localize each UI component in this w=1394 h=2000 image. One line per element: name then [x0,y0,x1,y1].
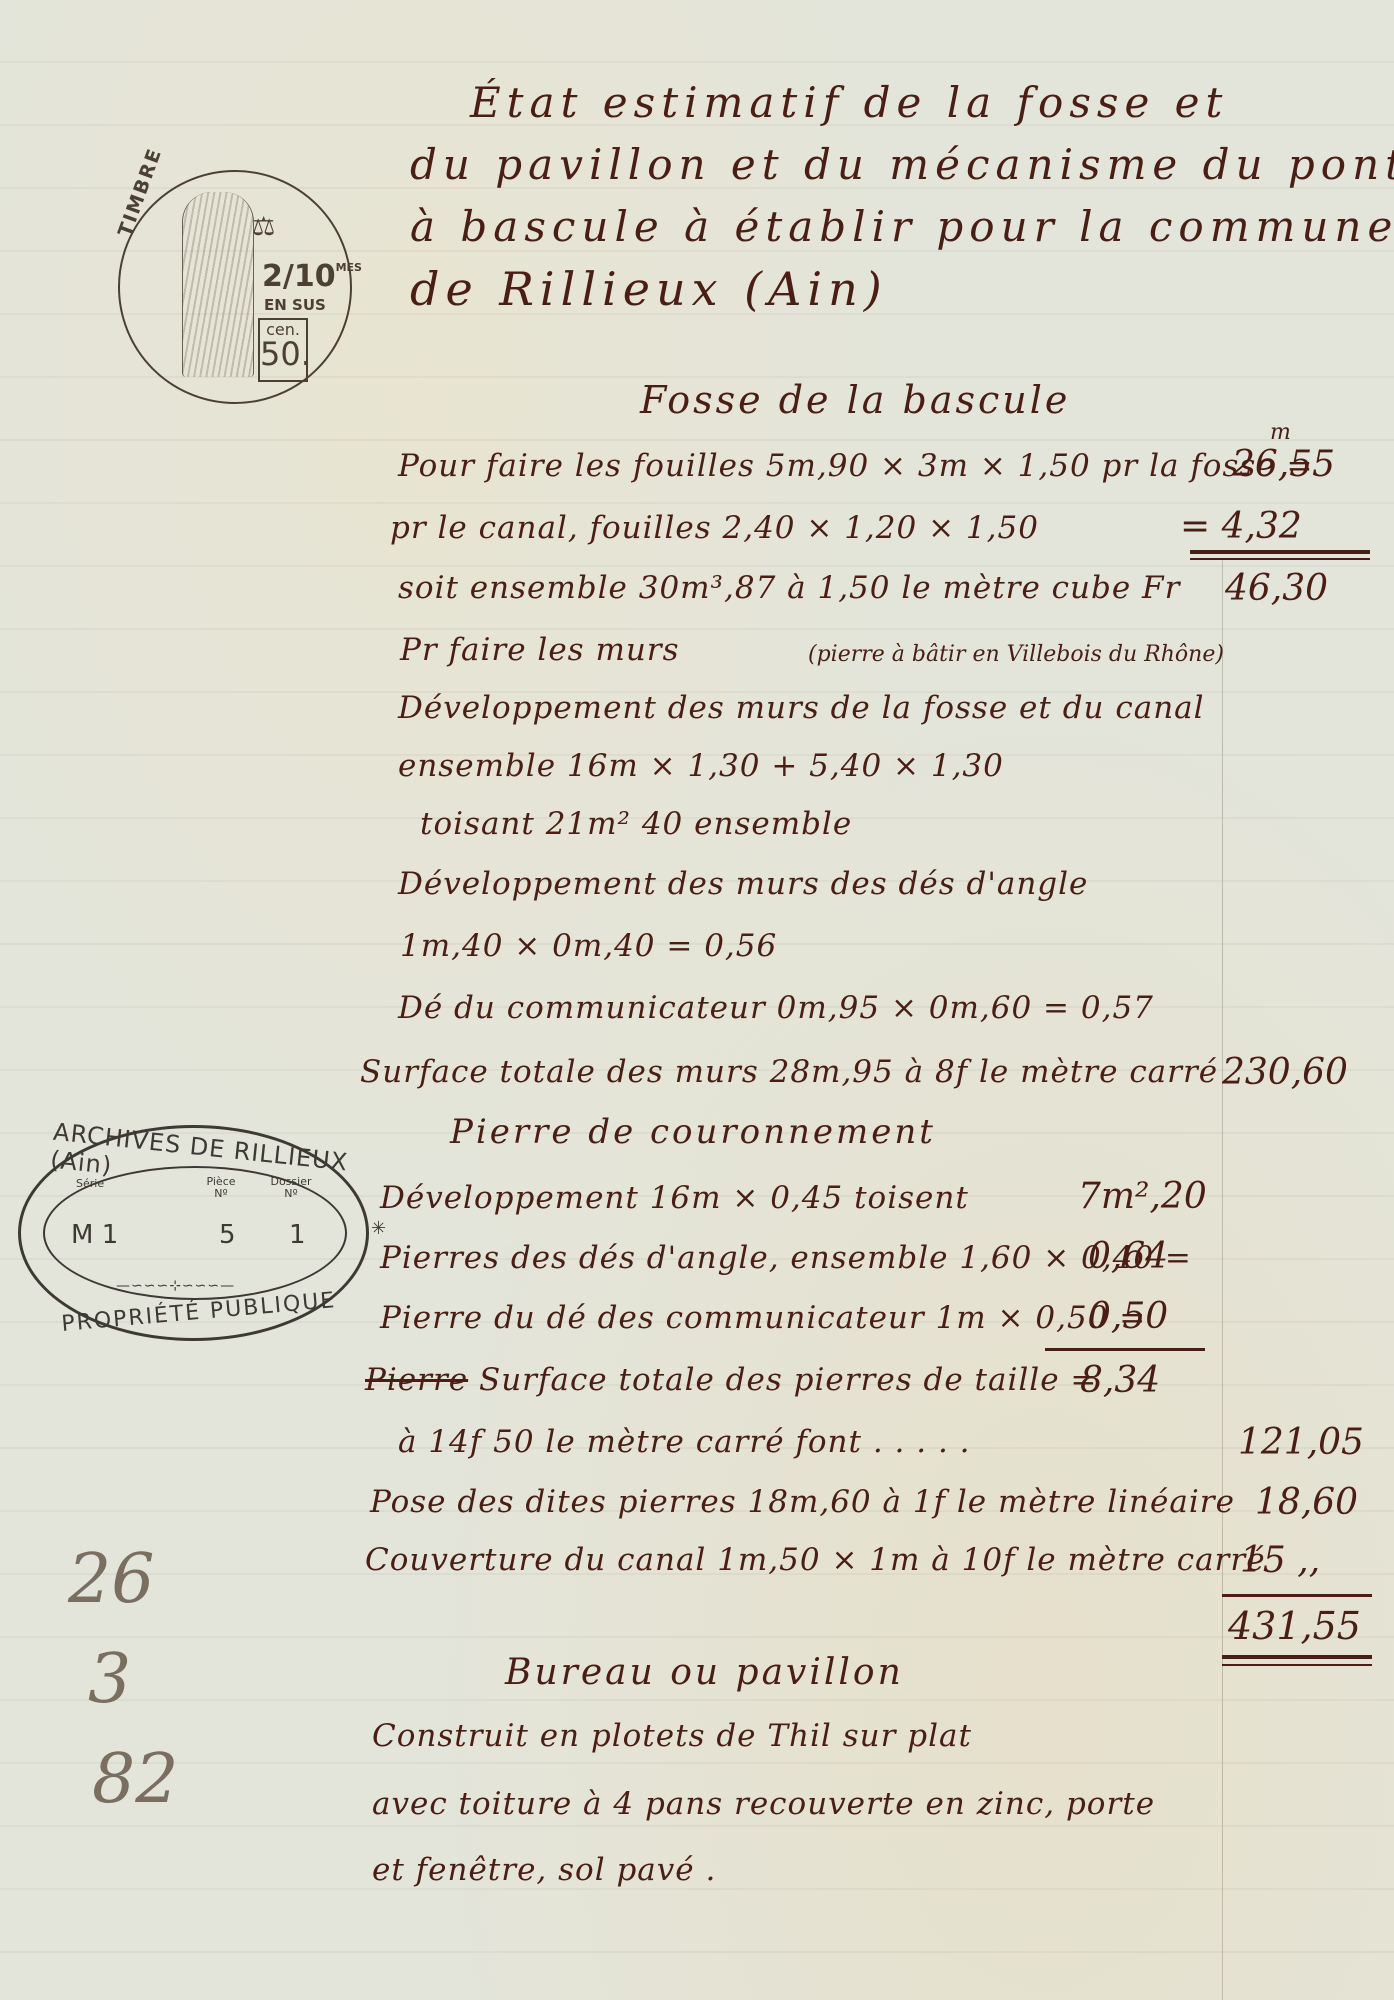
pavillon-line-2: avec toiture à 4 pans recouverte en zinc… [372,1786,1155,1822]
couronnement-value-2: 0,64 [1088,1236,1168,1277]
dossier-label: Dossier Nº [269,1176,313,1200]
couronnement-amount-5: 121,05 [1238,1422,1364,1463]
total-rule-top [1222,1594,1372,1597]
title-line-4: de Rillieux (Ain) [410,262,888,316]
fosse-line-2: pr le canal, fouilles 2,40 × 1,20 × 1,50 [390,510,1039,546]
grand-total: 431,55 [1228,1604,1361,1648]
pencil-annotation-year: 82 [92,1740,179,1819]
couronnement-line-5: à 14f 50 le mètre carré font . . . . . [398,1424,971,1460]
murs-line-4: toisant 21m² 40 ensemble [420,806,852,842]
fiscal-stamp-surcharge: EN SUS [264,296,326,314]
couronnement-line-1: Développement 16m × 0,45 toisent [380,1180,969,1216]
couronnement-line-4-text: Surface totale des pierres de taille = [479,1362,1097,1398]
murs-line-5: Développement des murs des dés d'angle [398,866,1088,902]
couronnement-line-2: Pierres des dés d'angle, ensemble 1,60 ×… [380,1240,1192,1276]
total-rule-bottom [1222,1664,1372,1666]
unit-marker: m [1270,420,1291,445]
couronnement-value-4: 8,34 [1080,1360,1160,1401]
struck-word: Pierre [365,1362,468,1398]
section-heading-pavillon: Bureau ou pavillon [505,1652,904,1693]
piece-label: Pièce Nº [201,1176,241,1200]
subtotal-rule [1045,1348,1205,1351]
title-line-1: État estimatif de la fosse et [470,78,1228,127]
fiscal-stamp-denomination: cen. 50. [258,318,308,382]
murs-amount: 230,60 [1222,1052,1348,1093]
scales-icon: ⚖ [252,212,275,242]
murs-line-3: ensemble 16m × 1,30 + 5,40 × 1,30 [398,748,1004,784]
fosse-line-3: soit ensemble 30m³,87 à 1,50 le mètre cu… [398,570,1180,606]
pavillon-line-3: et fenêtre, sol pavé . [372,1852,716,1888]
fosse-line-1: Pour faire les fouilles 5m,90 × 3m × 1,5… [398,448,1313,484]
pencil-annotation-month: 3 [88,1640,131,1719]
couronnement-line-7: Couverture du canal 1m,50 × 1m à 10f le … [365,1542,1266,1578]
couronnement-value-3: 0,50 [1088,1296,1168,1337]
murs-line-2: Développement des murs de la fosse et du… [398,690,1205,726]
flourish-ornament-icon: —∽∽∽⊹∽∽∽— [116,1278,235,1294]
justice-figure-icon [182,192,254,377]
pavillon-line-1: Construit en plotets de Thil sur plat [372,1718,972,1754]
section-heading-fosse: Fosse de la bascule [640,378,1070,422]
piece-value: 5 [219,1220,236,1250]
serie-label: Série [76,1178,104,1190]
couronnement-value-1: 7m²,20 [1078,1176,1207,1217]
fosse-amount-1: 26,55 [1232,444,1335,485]
couronnement-amount-6: 18,60 [1255,1482,1358,1523]
star-ornament-icon: ✳ [371,1218,386,1239]
couronnement-line-4: Pierre Surface totale des pierres de tai… [365,1362,1097,1398]
fiscal-stamp-fraction: 2/10MES [262,262,362,292]
sum-rule [1190,550,1370,554]
fiscal-stamp: TIMBRE ⚖ 2/10MES EN SUS cen. 50. [118,170,352,404]
archive-stamp: ARCHIVES DE RILLIEUX (Ain) Série Pièce N… [18,1125,369,1341]
total-rule-bottom [1222,1655,1372,1659]
margin-rule [1222,560,1223,2000]
fosse-amount-3: 46,30 [1225,568,1328,609]
dossier-value: 1 [289,1220,306,1250]
fosse-amount-2: = 4,32 [1180,506,1302,547]
murs-line-6: 1m,40 × 0m,40 = 0,56 [400,928,777,964]
title-line-3: à bascule à établir pour la commune [410,202,1394,251]
sum-rule [1190,558,1370,560]
murs-line-1: Pr faire les murs [400,632,680,668]
serie-value: M 1 [71,1220,118,1250]
title-line-2: du pavillon et du mécanisme du pont [410,140,1394,189]
pencil-annotation-day: 26 [68,1540,155,1619]
murs-note: (pierre à bâtir en Villebois du Rhône) [808,642,1224,667]
section-heading-couronnement: Pierre de couronnement [450,1112,936,1152]
couronnement-line-6: Pose des dites pierres 18m,60 à 1f le mè… [370,1484,1235,1520]
couronnement-line-3: Pierre du dé des communicateur 1m × 0,50… [380,1300,1146,1336]
murs-line-7: Dé du communicateur 0m,95 × 0m,60 = 0,57 [398,990,1154,1026]
murs-line-8: Surface totale des murs 28m,95 à 8f le m… [360,1054,1218,1090]
couronnement-amount-7: 15 ,, [1240,1540,1320,1581]
